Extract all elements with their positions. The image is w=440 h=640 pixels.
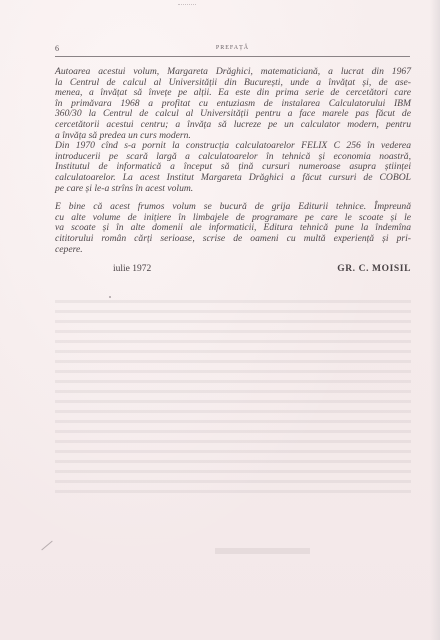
page-edge-shadow — [430, 0, 440, 640]
text-line: cepere. — [55, 245, 411, 256]
pencil-mark — [41, 541, 52, 551]
preface-body: Autoarea acestui volum, Margareta Drăghi… — [55, 67, 411, 255]
text-line: cercetătorii acestui centru; a învăța să… — [55, 120, 411, 131]
signature-block: iulie 1972 GR. C. MOISIL — [55, 264, 411, 278]
text-line: pe care și le-a strîns în acest volum. — [55, 184, 411, 195]
signature-date: iulie 1972 — [113, 264, 151, 274]
page-header: 6 PREFAȚĂ — [55, 44, 410, 57]
text-line: cititorului român cărți serioase, scrise… — [55, 234, 411, 245]
show-through-texture — [55, 300, 411, 500]
text-line: calculatoarelor. La acest Institut Marga… — [55, 173, 411, 184]
scan-mark — [178, 0, 196, 5]
ink-speck — [109, 296, 111, 298]
signature-author: GR. C. MOISIL — [337, 264, 411, 274]
paragraph-1: Autoarea acestui volum, Margareta Drăghi… — [55, 67, 411, 141]
text-line: Autoarea acestui volum, Margareta Drăghi… — [55, 67, 411, 78]
paragraph-3: E bine că acest frumos volum se bucură d… — [55, 202, 411, 255]
show-through-texture — [215, 548, 310, 554]
running-head: PREFAȚĂ — [55, 45, 410, 51]
scanned-page: 6 PREFAȚĂ Autoarea acestui volum, Margar… — [0, 0, 440, 640]
paragraph-2: Din 1970 cînd s-a pornit la construcția … — [55, 141, 411, 194]
